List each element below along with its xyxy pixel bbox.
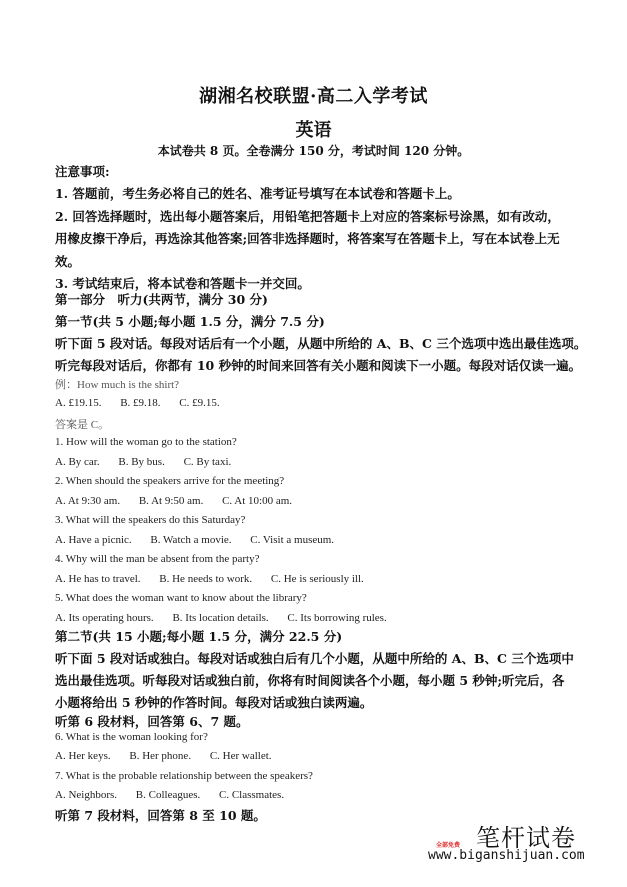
section2-instruction: 听下面 5 段对话或独白。每段对话或独白后有几个小题，从题中所给的 A、B、C … <box>55 649 574 667</box>
option-b: B. £9.18. <box>120 397 160 409</box>
question-7-options: A. Neighbors. B. Colleagues. C. Classmat… <box>55 789 300 801</box>
note-item: 1. 答题前，考生务必将自己的姓名、准考证号填写在本试卷和答题卡上。 <box>55 184 460 202</box>
subject-title: 英语 <box>0 116 627 142</box>
option-a: A. By car. <box>55 456 100 468</box>
section1-heading: 第一节(共 5 小题;每小题 1.5 分，满分 7.5 分) <box>55 312 325 330</box>
section1-instruction: 听完每段对话后，你都有 10 秒钟的时间来回答有关小题和阅读下一小题。每段对话仅… <box>55 356 581 374</box>
note-item: 用橡皮擦干净后，再选涂其他答案;回答非选择题时，将答案写在答题卡上，写在本试卷上… <box>55 229 560 247</box>
section2-instruction: 选出最佳选项。听每段对话或独白前，你将有时间阅读各个小题，每小题 5 秒钟;听完… <box>55 671 565 689</box>
watermark-url: www.biganshijuan.com <box>428 848 585 863</box>
material-6-heading: 听第 6 段材料，回答第 6、7 题。 <box>55 712 249 730</box>
option-c: C. £9.15. <box>179 397 219 409</box>
option-c: C. At 10:00 am. <box>222 495 292 507</box>
question-1: 1. How will the woman go to the station? <box>55 436 237 448</box>
note-item: 2. 回答选择题时，选出每小题答案后，用铅笔把答题卡上对应的答案标号涂黑，如有改… <box>55 207 560 225</box>
question-4-options: A. He has to travel. B. He needs to work… <box>55 573 380 585</box>
option-b: B. By bus. <box>118 456 164 468</box>
question-3-options: A. Have a picnic. B. Watch a movie. C. V… <box>55 534 350 546</box>
option-b: B. Watch a movie. <box>150 534 231 546</box>
question-6-options: A. Her keys. B. Her phone. C. Her wallet… <box>55 750 288 762</box>
question-5-options: A. Its operating hours. B. Its location … <box>55 612 403 624</box>
option-c: C. He is seriously ill. <box>271 573 364 585</box>
option-b: B. Its location details. <box>172 612 268 624</box>
part1-heading: 第一部分 听力(共两节，满分 30 分) <box>55 290 268 308</box>
note-item: 效。 <box>55 252 80 270</box>
option-a: A. Neighbors. <box>55 789 117 801</box>
material-7-heading: 听第 7 段材料，回答第 8 至 10 题。 <box>55 806 266 824</box>
example-options: A. £19.15. B. £9.18. C. £9.15. <box>55 397 236 409</box>
notes-heading: 注意事项: <box>55 162 110 180</box>
option-c: C. Her wallet. <box>210 750 272 762</box>
watermark: 笔杆试卷 全部免费 www.biganshijuan.com <box>436 818 616 868</box>
question-4: 4. Why will the man be absent from the p… <box>55 553 259 565</box>
option-c: C. Classmates. <box>219 789 284 801</box>
question-5: 5. What does the woman want to know abou… <box>55 592 307 604</box>
exam-title: 湖湘名校联盟·高二入学考试 <box>0 82 627 108</box>
option-b: B. At 9:50 am. <box>139 495 203 507</box>
option-b: B. Colleagues. <box>136 789 200 801</box>
question-6: 6. What is the woman looking for? <box>55 731 208 743</box>
option-a: A. Its operating hours. <box>55 612 154 624</box>
question-3: 3. What will the speakers do this Saturd… <box>55 514 245 526</box>
exam-page: 湖湘名校联盟·高二入学考试 英语 本试卷共 8 页。全卷满分 150 分，考试时… <box>0 0 627 887</box>
option-b: B. He needs to work. <box>159 573 252 585</box>
section2-heading: 第二节(共 15 小题;每小题 1.5 分，满分 22.5 分) <box>55 627 342 645</box>
example-question: 例：How much is the shirt? <box>55 376 179 392</box>
question-2-options: A. At 9:30 am. B. At 9:50 am. C. At 10:0… <box>55 495 308 507</box>
option-a: A. At 9:30 am. <box>55 495 120 507</box>
option-c: C. Its borrowing rules. <box>287 612 386 624</box>
exam-info: 本试卷共 8 页。全卷满分 150 分，考试时间 120 分钟。 <box>0 142 627 159</box>
question-1-options: A. By car. B. By bus. C. By taxi. <box>55 456 247 468</box>
option-c: C. By taxi. <box>184 456 232 468</box>
section2-instruction: 小题将给出 5 秒钟的作答时间。每段对话或独白读两遍。 <box>55 693 372 711</box>
option-a: A. He has to travel. <box>55 573 141 585</box>
option-a: A. Her keys. <box>55 750 111 762</box>
option-c: C. Visit a museum. <box>250 534 334 546</box>
option-a: A. £19.15. <box>55 397 101 409</box>
option-b: B. Her phone. <box>129 750 191 762</box>
example-answer: 答案是 C。 <box>55 416 109 432</box>
question-7: 7. What is the probable relationship bet… <box>55 770 313 782</box>
question-2: 2. When should the speakers arrive for t… <box>55 475 284 487</box>
section1-instruction: 听下面 5 段对话。每段对话后有一个小题，从题中所给的 A、B、C 三个选项中选… <box>55 334 586 352</box>
option-a: A. Have a picnic. <box>55 534 132 546</box>
